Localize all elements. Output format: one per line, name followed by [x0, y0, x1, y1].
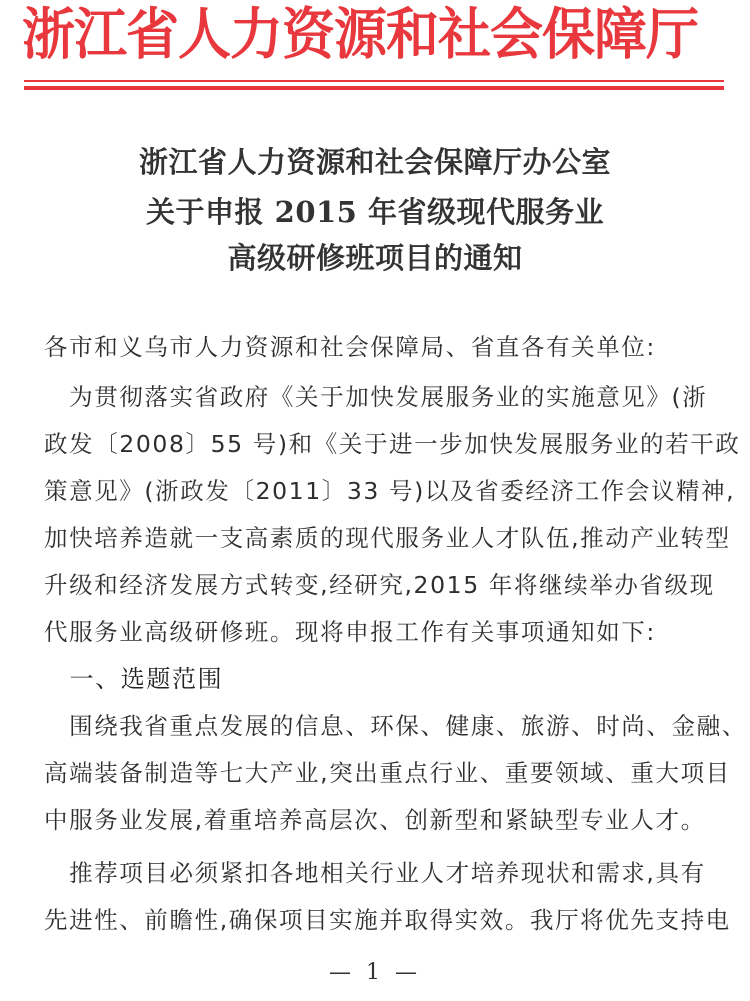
- masthead-org-name: 浙江省人力资源和社会保障厅: [22, 2, 722, 67]
- document-title-line-2: 关于申报 2015 年省级现代服务业: [0, 190, 750, 234]
- body-line: 中服务业发展,着重培养高层次、创新型和紧缺型专业人才。: [44, 799, 724, 841]
- body-line: 为贯彻落实省政府《关于加快发展服务业的实施意见》(浙: [44, 376, 724, 418]
- section-heading: 一、选题范围: [44, 658, 724, 700]
- document-title-line-1: 浙江省人力资源和社会保障厅办公室: [0, 140, 750, 184]
- body-line: 策意见》(浙政发〔2011〕33 号)以及省委经济工作会议精神,: [44, 470, 724, 512]
- body-line: 围绕我省重点发展的信息、环保、健康、旅游、时尚、金融、: [44, 705, 724, 747]
- masthead-rule-thin: [24, 80, 724, 82]
- body-line: 升级和经济发展方式转变,经研究,2015 年将继续举办省级现: [44, 564, 724, 606]
- page-number: — 1 —: [0, 960, 750, 985]
- document-title-line-3: 高级研修班项目的通知: [0, 236, 750, 280]
- body-line: 政发〔2008〕55 号)和《关于进一步加快发展服务业的若干政: [44, 423, 724, 465]
- masthead-rule-thick: [24, 86, 724, 90]
- body-line: 代服务业高级研修班。现将申报工作有关事项通知如下:: [44, 611, 724, 653]
- addressee-line: 各市和义乌市人力资源和社会保障局、省直各有关单位:: [44, 326, 724, 368]
- body-line: 加快培养造就一支高素质的现代服务业人才队伍,推动产业转型: [44, 517, 724, 559]
- body-line: 先进性、前瞻性,确保项目实施并取得实效。我厅将优先支持电: [44, 899, 724, 941]
- body-line: 高端装备制造等七大产业,突出重点行业、重要领域、重大项目: [44, 752, 724, 794]
- body-line: 推荐项目必须紧扣各地相关行业人才培养现状和需求,具有: [44, 852, 724, 894]
